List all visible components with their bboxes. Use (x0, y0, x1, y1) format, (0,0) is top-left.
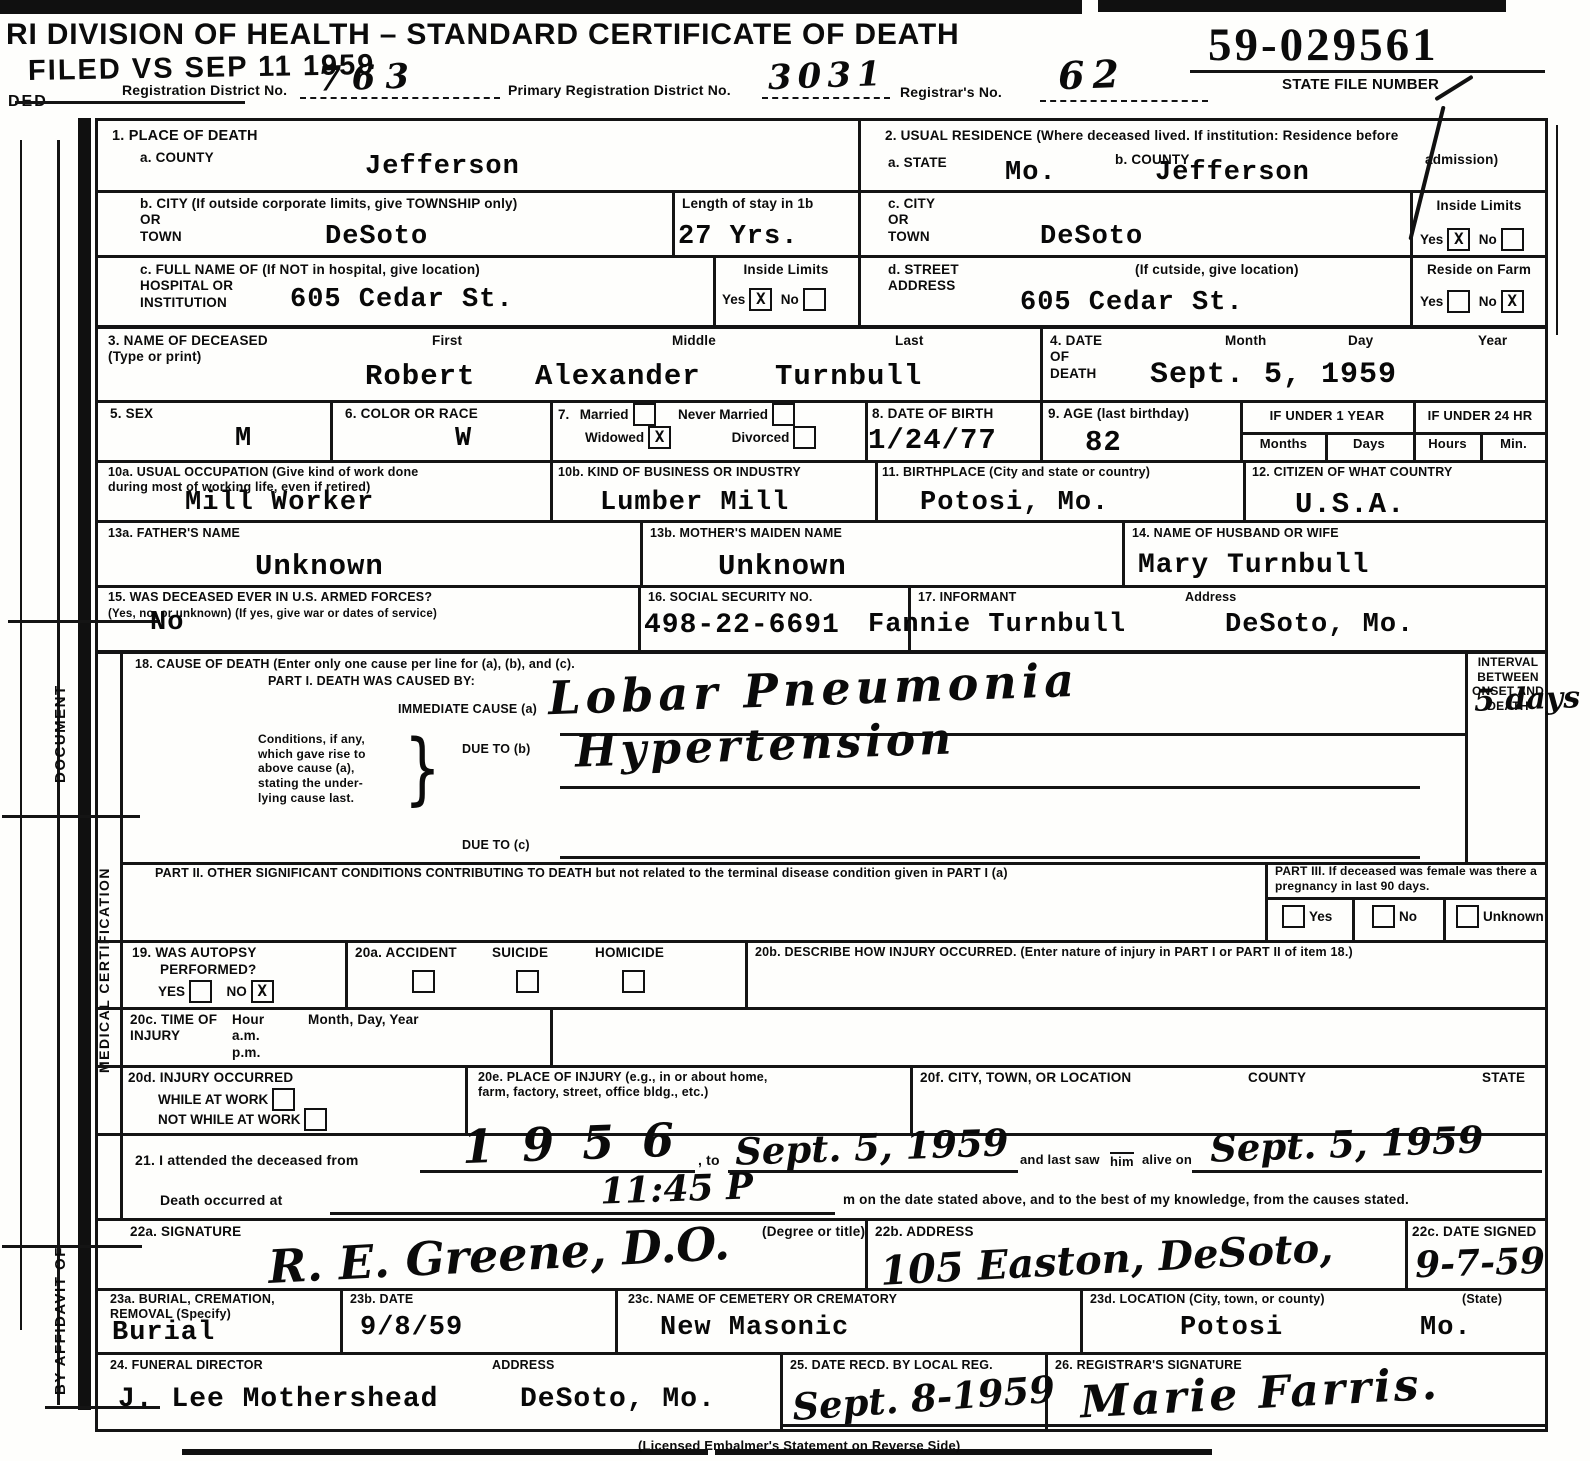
reside-on-farm-checkboxes: Yes NoX (1420, 290, 1528, 313)
kind-of-business-value: Lumber Mill (600, 488, 789, 518)
husband-or-wife-value: Mary Turnbull (1138, 550, 1369, 581)
grid-line (95, 1065, 1548, 1068)
fill-line (762, 97, 890, 99)
homicide-label: HOMICIDE (595, 945, 664, 961)
county-value: Jefferson (365, 152, 520, 182)
hours-label: Hours (1415, 436, 1480, 452)
cause-c-line (560, 856, 1420, 859)
immediate-cause-label: IMMEDIATE CAUSE (a) (398, 702, 537, 717)
attended-from-value: 1956 (461, 1112, 703, 1174)
min-label: Min. (1482, 436, 1545, 452)
no-checkbox (1501, 228, 1524, 251)
scan-artifact-bar (182, 1449, 708, 1455)
burial-date-value: 9/8/59 (360, 1313, 463, 1343)
grid-line (1405, 1218, 1408, 1288)
residence-inside-limits-checkboxes: YesX No (1420, 228, 1528, 251)
grid-line (95, 585, 1548, 588)
no-label: No (1479, 294, 1497, 309)
death-statement-tail: m on the date stated above, and to the b… (843, 1192, 1543, 1208)
yes-checkbox (1447, 290, 1470, 313)
death-occurred-line (330, 1212, 835, 1215)
informant-label: 17. INFORMANT (918, 590, 1016, 605)
grid-line (1122, 520, 1125, 585)
color-or-race-value: W (455, 424, 472, 454)
part1-label: PART I. DEATH WAS CAUSED BY: (268, 674, 475, 689)
item-number: 7. (558, 407, 569, 422)
no-checkbox (803, 288, 826, 311)
marital-status-row1: 7. Married Never Married (558, 403, 799, 426)
grid-line (550, 1007, 553, 1065)
signature-line-25-26 (783, 1424, 1545, 1427)
grid-line (95, 190, 1548, 193)
mothers-maiden-name-label: 13b. MOTHER'S MAIDEN NAME (650, 526, 842, 541)
state-file-number: 59-029561 (1208, 18, 1439, 72)
margin-line (1556, 125, 1558, 335)
grid-line (1240, 432, 1548, 435)
never-married-checkbox (772, 403, 795, 426)
state-file-label: STATE FILE NUMBER (1282, 76, 1439, 94)
autopsy-checkboxes: YES NOX (158, 980, 278, 1003)
pregnancy-yes-label: Yes (1309, 909, 1332, 924)
widowed-label: Widowed (585, 430, 644, 445)
month-day-year-label: Month, Day, Year (308, 1012, 419, 1028)
residence-inside-limits-label: Inside Limits (1418, 198, 1540, 214)
county-label: a. COUNTY (140, 150, 214, 166)
death-time-value: 11:45 P (599, 1165, 753, 1212)
funeral-director-name: J. Lee Mothershead (118, 1384, 438, 1415)
age-label: 9. AGE (last birthday) (1048, 406, 1189, 422)
while-at-work-label: WHILE AT WORK (158, 1092, 268, 1107)
primary-district-label: Primary Registration District No. (508, 82, 731, 99)
autopsy-yes-checkbox (189, 980, 212, 1003)
time-of-injury-label: 20c. TIME OF INJURY (130, 1012, 217, 1045)
grid-line (95, 460, 1548, 463)
no-label: NO (226, 984, 246, 999)
armed-forces-label: 15. WAS DECEASED EVER IN U.S. ARMED FORC… (108, 590, 628, 605)
usual-residence-title: 2. USUAL RESIDENCE (Where deceased lived… (885, 128, 1540, 144)
burial-value: Burial (112, 1318, 215, 1348)
length-of-stay-label: Length of stay in 1b (682, 196, 814, 212)
primary-district-value: 3031 (767, 54, 887, 98)
death-occurred-label: Death occurred at (160, 1192, 282, 1209)
divorced-checkbox (793, 426, 816, 449)
grid-line (95, 650, 1548, 654)
suicide-label: SUICIDE (492, 945, 548, 961)
widowed-checkbox: X (648, 426, 671, 449)
usual-occupation-value: Mill Worker (185, 488, 374, 518)
birthplace-value: Potosi, Mo. (920, 488, 1109, 518)
grid-line (865, 1218, 868, 1288)
pregnancy-unknown-checkbox (1456, 905, 1479, 928)
injury-occurred-label: 20d. INJURY OCCURRED (128, 1070, 293, 1086)
grid-line (713, 255, 716, 325)
pregnancy-no-label: No (1399, 909, 1417, 924)
homicide-checkbox (622, 970, 645, 993)
day-label: Day (1348, 333, 1373, 349)
grid-line (1243, 460, 1246, 520)
funeral-director-address: DeSoto, Mo. (520, 1384, 716, 1415)
accident-checkbox (412, 970, 435, 993)
cemetery-value: New Masonic (660, 1313, 849, 1343)
date-of-death-value: Sept. 5, 1959 (1150, 358, 1397, 392)
not-while-at-work-checkbox (304, 1108, 327, 1131)
middle-name-value: Alexander (535, 360, 701, 393)
pregnancy-no-cell: No (1368, 905, 1417, 928)
reside-on-farm-label: Reside on Farm (1418, 262, 1540, 278)
funeral-director-label: 24. FUNERAL DIRECTOR (110, 1358, 263, 1373)
sex-value: M (235, 424, 252, 454)
grid-line (120, 650, 123, 1218)
if-under-24-hr-label: IF UNDER 24 HR (1415, 408, 1545, 424)
citizen-value: U.S.A. (1295, 488, 1405, 521)
margin-label-by-affidavit-of: BY AFFIDAVIT OF (52, 1150, 69, 1395)
place-of-injury-label: 20e. PLACE OF INJURY (e.g., in or about … (478, 1070, 768, 1101)
date-of-death-title: 4. DATE OF DEATH (1050, 333, 1102, 382)
grid-line (1265, 862, 1268, 940)
brace-glyph: } (404, 722, 441, 814)
grid-line (1410, 190, 1413, 325)
usual-residence-title2: admission) (1425, 152, 1498, 168)
cemetery-label: 23c. NAME OF CEMETERY OR CREMATORY (628, 1292, 897, 1307)
if-under-1-year-label: IF UNDER 1 YEAR (1242, 408, 1412, 424)
husband-or-wife-label: 14. NAME OF HUSBAND OR WIFE (1132, 526, 1339, 541)
last-label: Last (895, 333, 924, 349)
grid-line (640, 520, 643, 585)
pregnancy-yes-checkbox (1282, 905, 1305, 928)
marital-status-row2: WidowedX Divorced (585, 426, 820, 449)
citizen-label: 12. CITIZEN OF WHAT COUNTRY (1252, 465, 1453, 480)
last-saw-label: and last saw (1020, 1152, 1100, 1168)
grid-line (1040, 325, 1043, 460)
street-address-label: d. STREET ADDRESS (888, 262, 959, 295)
conditions-note: Conditions, if any, which gave rise to a… (258, 732, 366, 805)
pregnancy-unknown-label: Unknown (1483, 909, 1544, 924)
date-signed-label: 22c. DATE SIGNED (1412, 1224, 1536, 1240)
part3-label: PART III. If deceased was female was the… (1275, 864, 1543, 893)
yes-label: Yes (1420, 232, 1443, 247)
first-name-value: Robert (365, 360, 475, 393)
grid-line (95, 940, 1548, 943)
street-address-note: (If cutside, give location) (1135, 262, 1299, 278)
color-or-race-label: 6. COLOR OR RACE (345, 406, 478, 422)
form-border (95, 118, 98, 1432)
location-state-label: (State) (1462, 1292, 1502, 1307)
due-to-c-label: DUE TO (c) (462, 838, 530, 853)
date-signed-value: 9-7-59 (1414, 1240, 1545, 1287)
grid-line (95, 1218, 1548, 1221)
yes-checkbox: X (1447, 228, 1470, 251)
address-label-22b: 22b. ADDRESS (875, 1224, 974, 1240)
name-of-deceased-title: 3. NAME OF DECEASED (Type or print) (108, 333, 268, 366)
fathers-name-label: 13a. FATHER'S NAME (108, 526, 240, 541)
pen-stroke (1434, 75, 1473, 102)
degree-or-title-label: (Degree or title) (762, 1224, 865, 1240)
grid-line (780, 1352, 783, 1429)
certificate-title: RI DIVISION OF HEALTH – STANDARD CERTIFI… (6, 18, 960, 52)
him-label: him (1110, 1152, 1134, 1170)
inside-limits-checkboxes: YesX No (722, 288, 830, 311)
date-received-value: Sept. 8-1959 (791, 1367, 1057, 1429)
date-received-label: 25. DATE RECD. BY LOCAL REG. (790, 1358, 993, 1373)
divorced-label: Divorced (732, 430, 790, 445)
grid-line (550, 400, 553, 520)
residence-city-label: c. CITY OR TOWN (888, 196, 935, 245)
margin-tick (15, 101, 245, 104)
registrar-no-label: Registrar's No. (900, 84, 1002, 101)
location-city-value: Potosi (1180, 1313, 1283, 1343)
married-checkbox (633, 403, 656, 426)
never-married-label: Never Married (678, 407, 768, 422)
inside-limits-label: Inside Limits (720, 262, 852, 278)
residence-city-value: DeSoto (1040, 222, 1143, 252)
social-security-value: 498-22-6691 (644, 610, 840, 641)
residence-state-label: a. STATE (888, 155, 947, 171)
describe-injury-label: 20b. DESCRIBE HOW INJURY OCCURRED. (Ente… (755, 945, 1535, 960)
grid-line (615, 1288, 618, 1352)
grid-line (345, 940, 348, 1007)
length-of-stay-value: 27 Yrs. (678, 222, 798, 252)
social-security-label: 16. SOCIAL SECURITY NO. (648, 590, 813, 605)
no-label: No (781, 292, 799, 307)
funeral-director-address-label: ADDRESS (492, 1358, 555, 1373)
fill-line (300, 97, 500, 99)
grid-line (95, 400, 1548, 403)
date-of-birth-label: 8. DATE OF BIRTH (872, 406, 993, 422)
grid-line (875, 460, 878, 520)
margin-bar (78, 118, 91, 1410)
month-label: Month (1225, 333, 1266, 349)
no-label: No (1479, 232, 1497, 247)
part2-label: PART II. OTHER SIGNIFICANT CONDITIONS CO… (155, 866, 1165, 881)
cause-a-handwriting: Lobar Pneumonia (547, 653, 1080, 726)
kind-of-business-label: 10b. KIND OF BUSINESS OR INDUSTRY (558, 465, 801, 480)
scan-artifact-bar (1098, 0, 1506, 12)
cause-b-line (560, 786, 1420, 789)
hour-ampm-label: Hour a.m. p.m. (232, 1012, 264, 1061)
alive-on-line (1192, 1170, 1542, 1173)
days-label: Days (1327, 436, 1411, 452)
date-of-birth-value: 1/24/77 (868, 424, 997, 457)
year-label: Year (1478, 333, 1507, 349)
not-while-at-work-row: NOT WHILE AT WORK (158, 1108, 331, 1131)
margin-line (20, 140, 22, 1330)
cause-of-death-title: 18. CAUSE OF DEATH (Enter only one cause… (135, 657, 575, 672)
injury-state-label: STATE (1482, 1070, 1525, 1086)
yes-label: YES (158, 984, 185, 999)
married-label: Married (580, 407, 629, 422)
form-border (95, 118, 1548, 121)
registrar-no-value: 62 (1057, 51, 1127, 98)
not-while-at-work-label: NOT WHILE AT WORK (158, 1112, 300, 1127)
pregnancy-unknown-cell: Unknown (1452, 905, 1544, 928)
registration-district-value: 763 (317, 56, 419, 99)
middle-label: Middle (672, 333, 716, 349)
grid-line (95, 325, 1548, 329)
fill-line (1040, 100, 1208, 102)
grid-line (95, 1007, 1548, 1010)
cause-b-handwriting: Hypertension (574, 713, 956, 777)
accident-label: 20a. ACCIDENT (355, 945, 457, 961)
pregnancy-no-checkbox (1372, 905, 1395, 928)
yes-label: Yes (722, 292, 745, 307)
location-label: 23d. LOCATION (City, town, or county) (1090, 1292, 1325, 1307)
margin-tick (2, 1245, 142, 1248)
attended-from-label: 21. I attended the deceased from (135, 1152, 358, 1169)
grid-line (1265, 897, 1548, 900)
no-checkbox: X (1501, 290, 1524, 313)
registration-district-label: Registration District No. (122, 82, 287, 99)
hospital-value: 605 Cedar St. (290, 285, 514, 315)
residence-state-value: Mo. (1005, 158, 1057, 188)
grid-line (1080, 1288, 1083, 1352)
grid-line (1352, 897, 1355, 940)
autopsy-label-line1: 19. WAS AUTOPSY (132, 945, 257, 961)
form-border (1545, 118, 1548, 1432)
informant-name-value: Fannie Turnbull (868, 610, 1126, 640)
due-to-b-label: DUE TO (b) (462, 742, 530, 757)
injury-county-label: COUNTY (1248, 1070, 1306, 1086)
age-value: 82 (1085, 426, 1122, 459)
grid-line (330, 400, 333, 460)
grid-line (638, 585, 641, 650)
grid-line (745, 940, 748, 1007)
injury-city-label: 20f. CITY, TOWN, OR LOCATION (920, 1070, 1131, 1086)
grid-line (340, 1288, 343, 1352)
alive-on-label: alive on (1142, 1152, 1192, 1168)
sex-label: 5. SEX (110, 406, 153, 422)
suicide-checkbox (516, 970, 539, 993)
grid-line (858, 118, 861, 325)
margin-label-document: DOCUMENT (52, 598, 69, 783)
grid-line (1443, 897, 1446, 940)
pen-stroke (1408, 106, 1445, 241)
grid-line (95, 1352, 1548, 1355)
grid-line (672, 190, 675, 255)
scan-artifact-bar (0, 0, 1082, 14)
informant-address-label: Address (1185, 590, 1236, 605)
armed-forces-sublabel: (Yes, no, or unknown) (If yes, give war … (108, 607, 633, 621)
burial-date-label: 23b. DATE (350, 1292, 413, 1307)
location-state-value: Mo. (1420, 1313, 1472, 1343)
armed-forces-value: No (150, 608, 184, 638)
residence-county-value: Jefferson (1155, 158, 1310, 188)
grid-line (95, 255, 1548, 258)
pregnancy-yes-cell: Yes (1278, 905, 1332, 928)
physician-signature: R. E. Greene, D.O. (267, 1216, 731, 1294)
fathers-name-value: Unknown (255, 550, 384, 583)
informant-address-value: DeSoto, Mo. (1225, 610, 1414, 640)
attended-to-value: Sept. 5, 1959 (734, 1120, 1009, 1174)
yes-label: Yes (1420, 294, 1443, 309)
mothers-maiden-name-value: Unknown (718, 550, 847, 583)
place-of-death-title: 1. PLACE OF DEATH (112, 128, 258, 146)
state-file-underline (1190, 70, 1545, 73)
embalmer-note: (Licensed Embalmer's Statement on Revers… (638, 1438, 960, 1454)
street-address-value: 605 Cedar St. (1020, 288, 1244, 318)
autopsy-label-line2: PERFORMED? (160, 962, 257, 978)
interval-a-handwriting: 5 days (1473, 680, 1580, 719)
first-label: First (432, 333, 462, 349)
last-name-value: Turnbull (775, 360, 922, 393)
alive-on-value: Sept. 5, 1959 (1209, 1117, 1484, 1171)
death-certificate-scan: RI DIVISION OF HEALTH – STANDARD CERTIFI… (0, 0, 1590, 1461)
form-border (95, 1429, 1548, 1432)
months-label: Months (1242, 436, 1325, 452)
yes-checkbox: X (749, 288, 772, 311)
birthplace-label: 11. BIRTHPLACE (City and state or countr… (882, 465, 1150, 480)
signature-label: 22a. SIGNATURE (130, 1224, 241, 1240)
city-value: DeSoto (325, 222, 428, 252)
autopsy-no-checkbox: X (251, 980, 274, 1003)
